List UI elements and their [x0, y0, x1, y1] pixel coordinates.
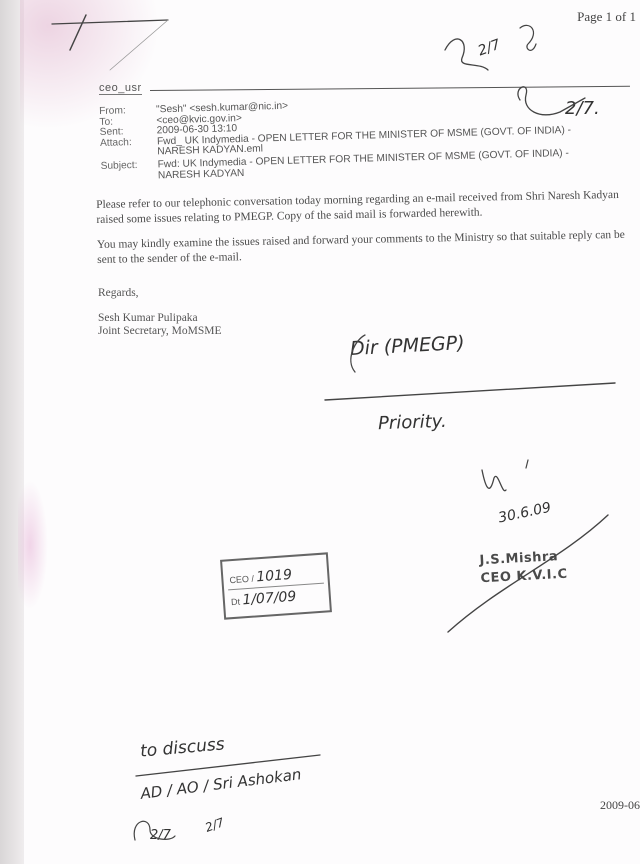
email-body: Please refer to our telephonic conversat… [96, 188, 637, 278]
header-label [101, 171, 158, 183]
body-paragraph: You may kindly examine the issues raised… [97, 228, 637, 267]
mailbox-account: ceo_usr [99, 82, 142, 95]
closing-salutation: Regards, [98, 287, 222, 300]
stamp-ceo-label: CEO / [229, 574, 254, 586]
stamp-date-label: Dt [231, 597, 241, 608]
inward-stamp: CEO / 1019 Dt 1/07/09 [220, 552, 332, 619]
handwritten-marked-to: Dir (PMEGP) [350, 332, 466, 360]
email-headers: From: "Sesh" <sesh.kumar@nic.in> To: <ce… [99, 94, 572, 183]
header-value: NARESH KADYAN [158, 169, 245, 182]
seal-designation: CEO K.V.I.C [480, 566, 568, 589]
email-closing: Regards, Sesh Kumar Pulipaka Joint Secre… [98, 287, 222, 338]
signatory-name: Sesh Kumar Pulipaka [98, 312, 222, 325]
signatory-title: Joint Secretary, MoMSME [98, 325, 222, 338]
handwritten-bottom-note: to discuss [139, 734, 225, 761]
stamp-ceo-line: CEO / 1019 [229, 567, 293, 587]
footer-date: 2009-06 [600, 798, 640, 813]
scan-stain [18, 480, 48, 610]
body-paragraph: Please refer to our telephonic conversat… [96, 188, 636, 227]
handwritten-initials-top-2: 2/7. [565, 98, 600, 119]
stamp-ceo-number: 1019 [256, 567, 293, 585]
handwritten-rule [325, 383, 615, 400]
page-label: Page 1 of 1 [577, 9, 636, 25]
handwritten-initials-top: 2/7 [476, 37, 503, 60]
stamp-date-value: 1/07/09 [242, 589, 297, 609]
handwritten-bottom-initials-1: 2/7 [150, 828, 171, 843]
handwritten-bottom-initials-2: 2/7 [203, 815, 226, 835]
handwritten-bottom-routing: AD / AO / Sri Ashokan [140, 765, 303, 803]
ceo-initial [482, 470, 506, 491]
header-divider [150, 86, 630, 91]
officer-seal: J.S.Mishra CEO K.V.I.C [479, 548, 568, 589]
handwritten-ceo-date: 30.6.09 [497, 500, 553, 527]
header-label [100, 148, 157, 160]
stamp-date-line: Dt 1/07/09 [230, 589, 296, 610]
handwritten-instruction: Priority. [378, 411, 447, 434]
